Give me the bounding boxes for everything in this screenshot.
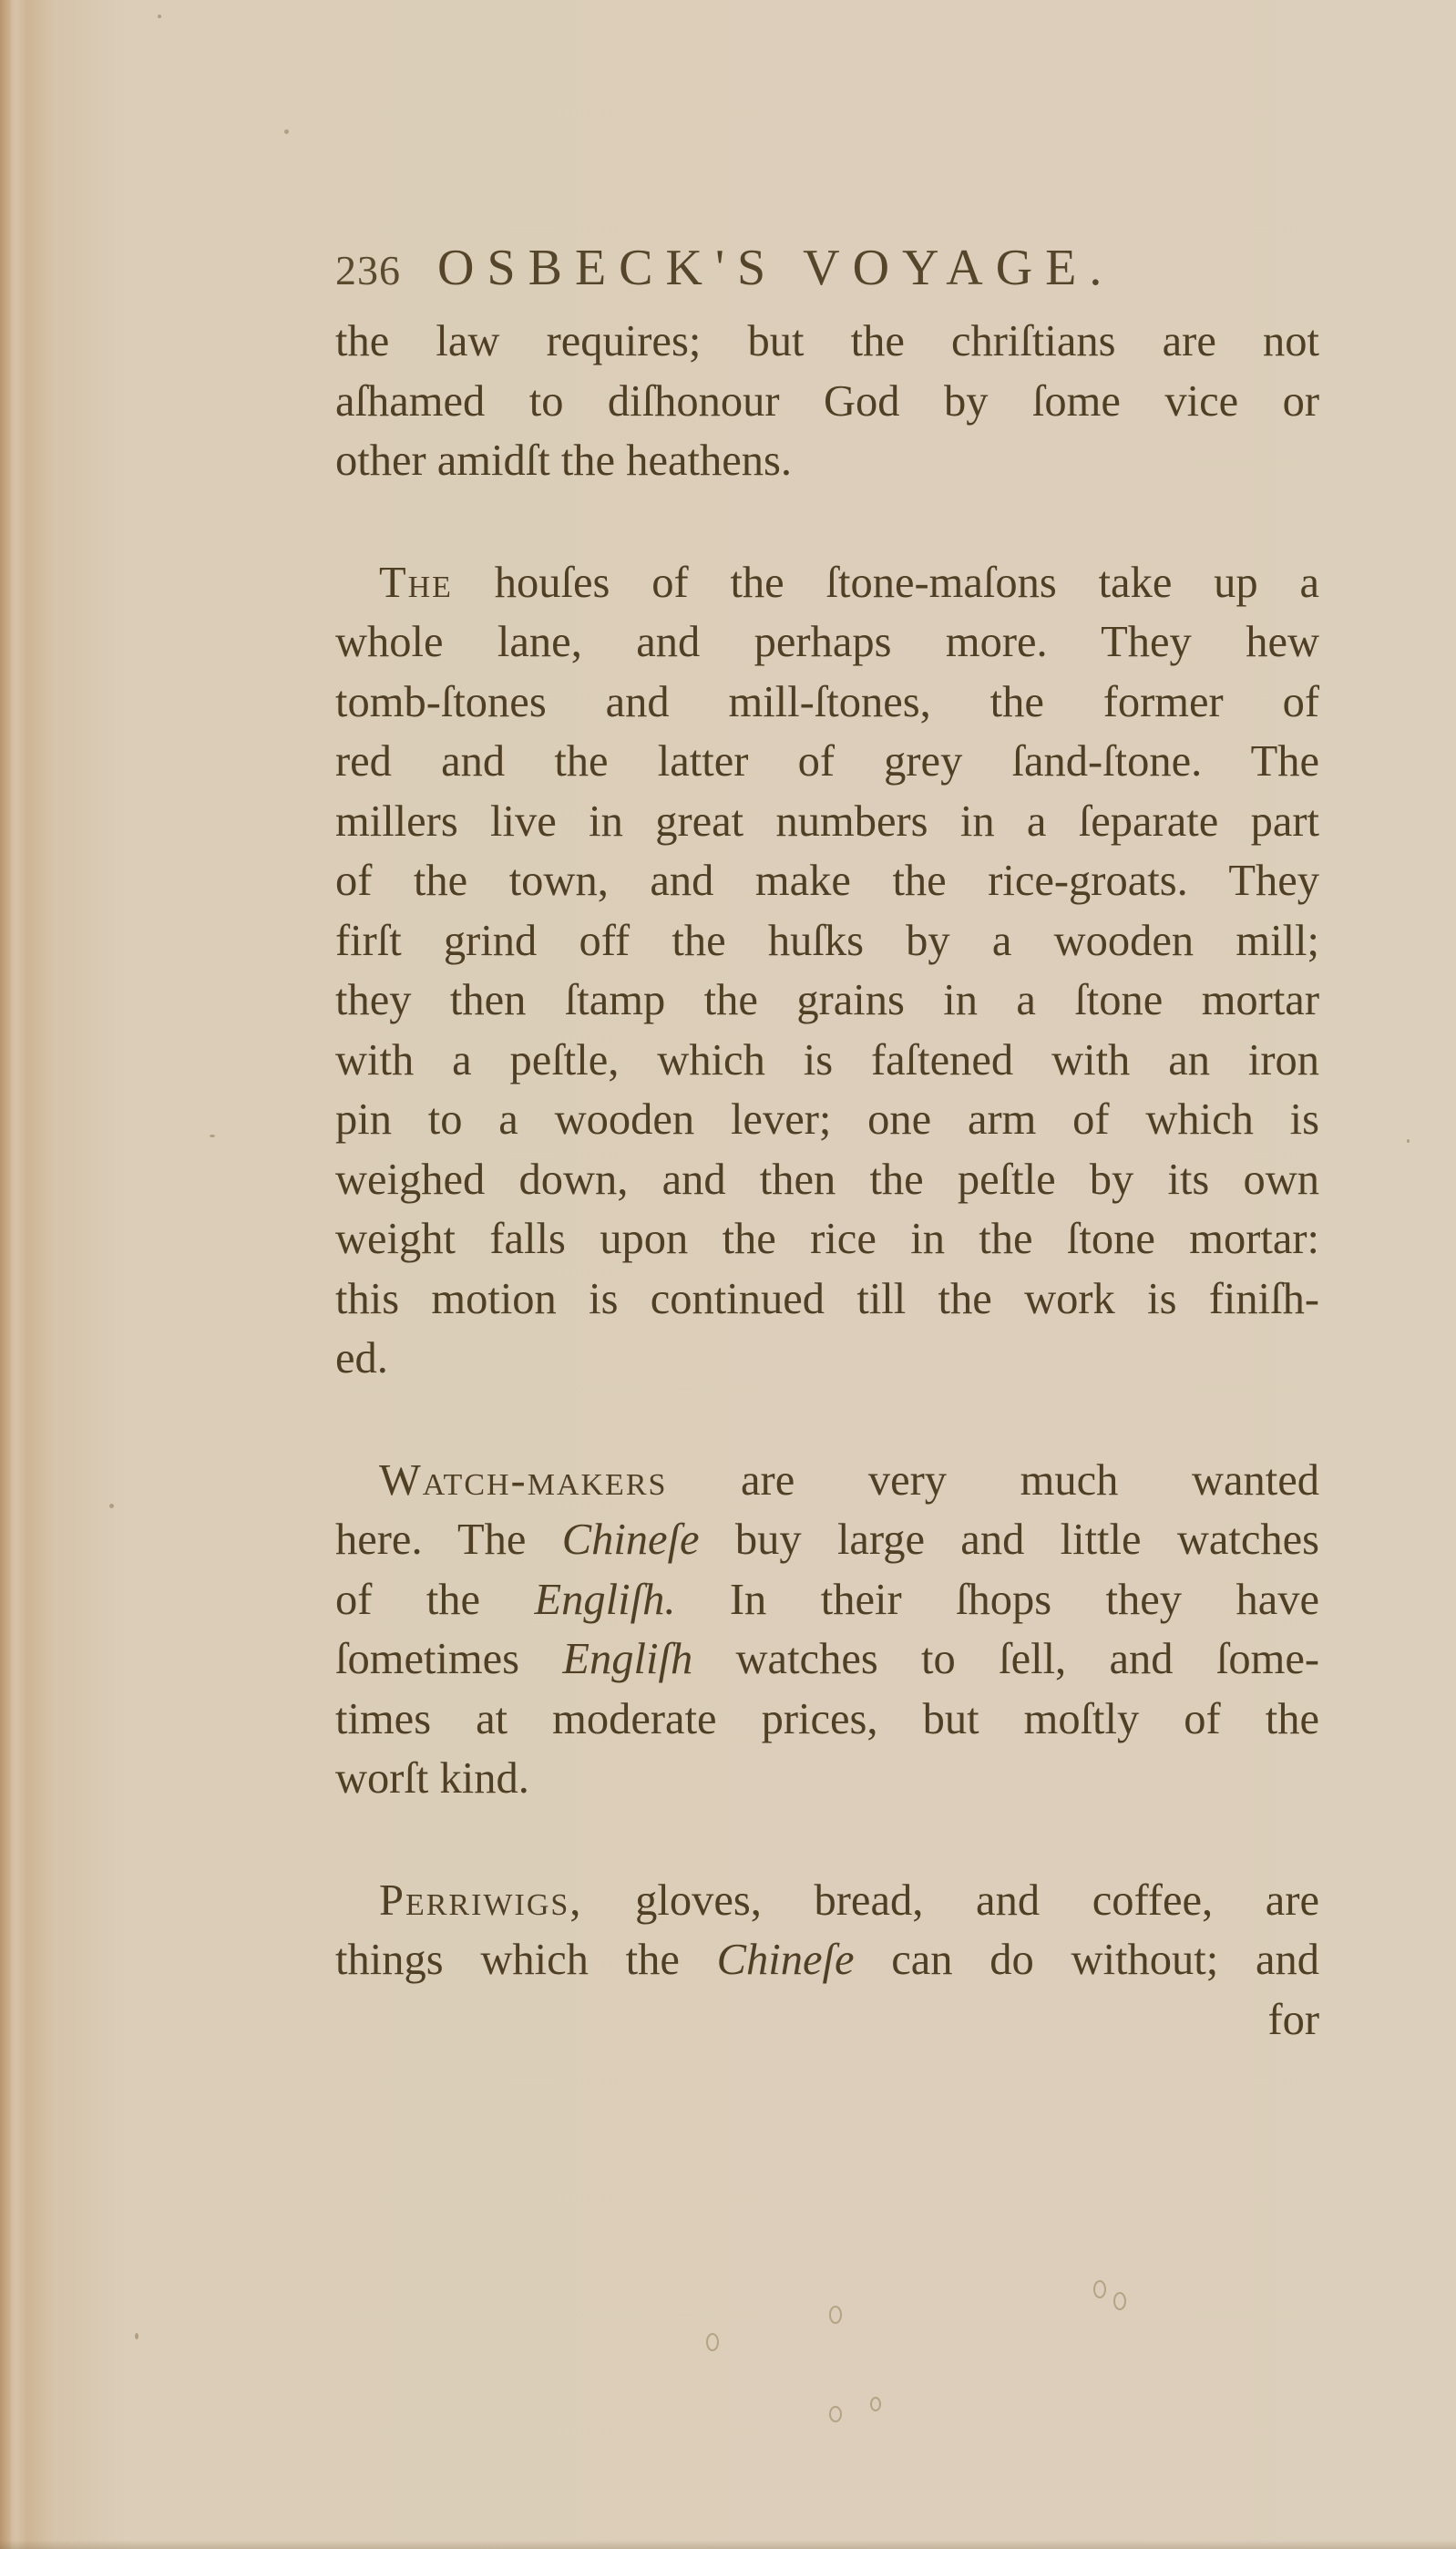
paper-blemish xyxy=(1113,2292,1126,2310)
text-line: tomb-ſtones and mill-ſtones, the former … xyxy=(335,673,1319,733)
text-line: red and the latter of grey ſand-ſtone. T… xyxy=(335,732,1319,792)
catchword: for xyxy=(335,1990,1319,2051)
paper-speck xyxy=(109,1504,114,1508)
text-line: Perriwigs, gloves, bread, and coffee, ar… xyxy=(335,1871,1319,1931)
paper-speck xyxy=(284,129,289,134)
small-caps-lead: The xyxy=(379,559,453,607)
paragraph-continuation: the law requires; but the chriſtians are… xyxy=(335,312,1319,491)
text-line: of the town, and make the rice-groats. T… xyxy=(335,851,1319,911)
paragraph-stone-masons: The houſes of the ſtone-maſons take up a… xyxy=(335,553,1319,1389)
text-line: weighed down, and then the peſtle by its… xyxy=(335,1150,1319,1210)
text-line: firſt grind off the huſks by a wooden mi… xyxy=(335,911,1319,971)
text-line: pin to a wooden lever; one arm of which … xyxy=(335,1090,1319,1150)
text-line: worſt kind. xyxy=(335,1749,1319,1809)
paper-speck xyxy=(135,2333,138,2339)
paragraph-watch-makers: Watch-makers are very much wanted here. … xyxy=(335,1451,1319,1809)
text-line: with a peſtle, which is faſtened with an… xyxy=(335,1031,1319,1091)
line-text: buy large and little watches xyxy=(735,1516,1319,1564)
paper-blemish xyxy=(829,2406,842,2422)
small-caps-lead: Perriwigs, xyxy=(379,1876,582,1925)
running-title: OSBECK'S VOYAGE. xyxy=(437,239,1114,297)
line-text: can do without; and xyxy=(891,1936,1319,1984)
line-text: ſometimes xyxy=(335,1635,519,1683)
text-line: weight falls upon the rice in the ſtone … xyxy=(335,1209,1319,1269)
italic-word: Chineſe xyxy=(562,1516,700,1564)
page-number: 236 xyxy=(335,246,401,294)
paper-speck xyxy=(210,1135,215,1137)
italic-word: Chineſe xyxy=(717,1936,855,1984)
paper-blemish xyxy=(1093,2280,1106,2298)
text-line: things which the Chineſe can do without;… xyxy=(335,1930,1319,1990)
book-page: 236 OSBECK'S VOYAGE. the law requires; b… xyxy=(0,0,1456,2549)
text-line: other amidſt the heathens. xyxy=(335,431,1319,491)
text-line: times at moderate prices, but moſtly of … xyxy=(335,1690,1319,1750)
text-line: Watch-makers are very much wanted xyxy=(335,1451,1319,1511)
paragraph-perriwigs: Perriwigs, gloves, bread, and coffee, ar… xyxy=(335,1871,1319,2051)
text-line: this motion is continued till the work i… xyxy=(335,1269,1319,1330)
text-line: ed. xyxy=(335,1329,1319,1389)
line-text: of the xyxy=(335,1576,480,1624)
text-block: 236 OSBECK'S VOYAGE. the law requires; b… xyxy=(335,239,1319,2050)
line-text: things which the xyxy=(335,1936,680,1984)
running-head: 236 OSBECK'S VOYAGE. xyxy=(335,239,1319,303)
text-line: they then ſtamp the grains in a ſtone mo… xyxy=(335,971,1319,1031)
text-line: whole lane, and perhaps more. They hew xyxy=(335,612,1319,673)
line-text: gloves, bread, and coffee, are xyxy=(635,1876,1319,1925)
line-text: houſes of the ſtone-maſons take up a xyxy=(495,559,1319,607)
text-line: the law requires; but the chriſtians are… xyxy=(335,312,1319,372)
text-line: aſhamed to diſhonour God by ſome vice or xyxy=(335,372,1319,432)
paper-blemish xyxy=(706,2333,719,2351)
text-line: ſometimes Engliſh watches to ſell, and ſ… xyxy=(335,1629,1319,1690)
line-text: here. The xyxy=(335,1516,526,1564)
paper-speck xyxy=(158,15,161,18)
text-line: The houſes of the ſtone-maſons take up a xyxy=(335,553,1319,613)
small-caps-lead: Watch-makers xyxy=(379,1456,667,1505)
text-line: of the Engliſh. In their ſhops they have xyxy=(335,1570,1319,1630)
italic-word: Engliſh. xyxy=(535,1576,676,1624)
text-line: millers live in great numbers in a ſepar… xyxy=(335,792,1319,852)
italic-word: Engliſh xyxy=(562,1635,692,1683)
paper-blemish xyxy=(870,2397,881,2411)
text-line: here. The Chineſe buy large and little w… xyxy=(335,1510,1319,1570)
paper-blemish xyxy=(829,2306,842,2324)
line-text: In their ſhops they have xyxy=(730,1576,1319,1624)
line-text: watches to ſell, and ſome- xyxy=(736,1635,1319,1683)
paper-speck xyxy=(1407,1139,1410,1143)
line-text: are very much wanted xyxy=(741,1456,1319,1505)
